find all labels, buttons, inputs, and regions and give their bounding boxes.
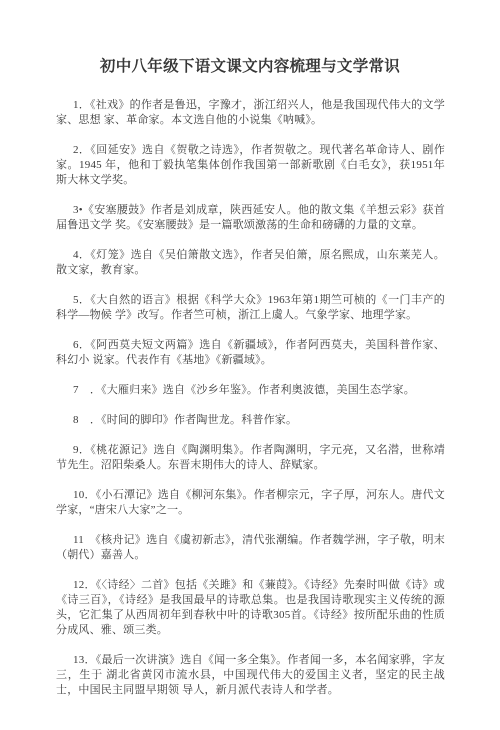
- document-body: 1．《社戏》的作者是鲁迅，字豫才，浙江绍兴人，他是我国现代伟大的文学家、思想 家…: [0, 76, 500, 698]
- list-item-2: 2．《回延安》选自《贺敬之诗选》，作者贺敬之。现代著名革命诗人、剧作家。1945…: [56, 143, 445, 188]
- list-item-8: 8 ．《时间的脚印》作者陶世龙。科普作家。: [56, 413, 445, 428]
- list-item-13: 13．《最后一次讲演》选自《闻一多全集》。作者闻一多，本名闻家骅，字友三，生于 …: [56, 653, 445, 698]
- list-item-9: 9．《桃花源记》选自《陶渊明集》。作者陶渊明，字元亮，又名潜，世称靖节先生。沼阳…: [56, 443, 445, 473]
- list-item-1: 1．《社戏》的作者是鲁迅，字豫才，浙江绍兴人，他是我国现代伟大的文学家、思想 家…: [56, 98, 445, 128]
- list-item-12: 12．《〈诗经〉二首》包括《关雎》和《蒹葭》。《诗经》先秦时叫做《诗》或《诗三百…: [56, 578, 445, 638]
- list-item-10: 10．《小石潭记》选自《柳河东集》。作者柳宗元，字子厚，河东人。唐代文学家，“唐…: [56, 488, 445, 518]
- list-item-7: 7 ．《大雁归来》选自《沙乡年鉴》。作者利奥波德，美国生态学家。: [56, 383, 445, 398]
- list-item-5: 5．《大自然的语言》根据《科学大众》1963年第1期竺可桢的《一门丰产的科学—物…: [56, 293, 445, 323]
- list-item-6: 6．《阿西莫夫短文两篇》选自《新疆域》，作者阿西莫夫，美国科普作家、科幻小 说家…: [56, 338, 445, 368]
- list-item-4: 4．《灯笼》选自《吴伯箫散文选》，作者吴伯箫，原名熙成，山东莱芜人。散文家，教育…: [56, 248, 445, 278]
- list-item-3: 3•《安塞腰鼓》作者是刘成章，陕西延安人。他的散文集《羊想云彩》获首届鲁迅文学 …: [56, 203, 445, 233]
- document-title: 初中八年级下语文课文内容梳理与文学常识: [0, 0, 500, 76]
- list-item-11: 11 《核舟记》选自《虞初新志》，清代张潮编。作者魏学洲，字子敬，明末（朝代）嘉…: [56, 533, 445, 563]
- document-page: 初中八年级下语文课文内容梳理与文学常识 1．《社戏》的作者是鲁迅，字豫才，浙江绍…: [0, 0, 500, 730]
